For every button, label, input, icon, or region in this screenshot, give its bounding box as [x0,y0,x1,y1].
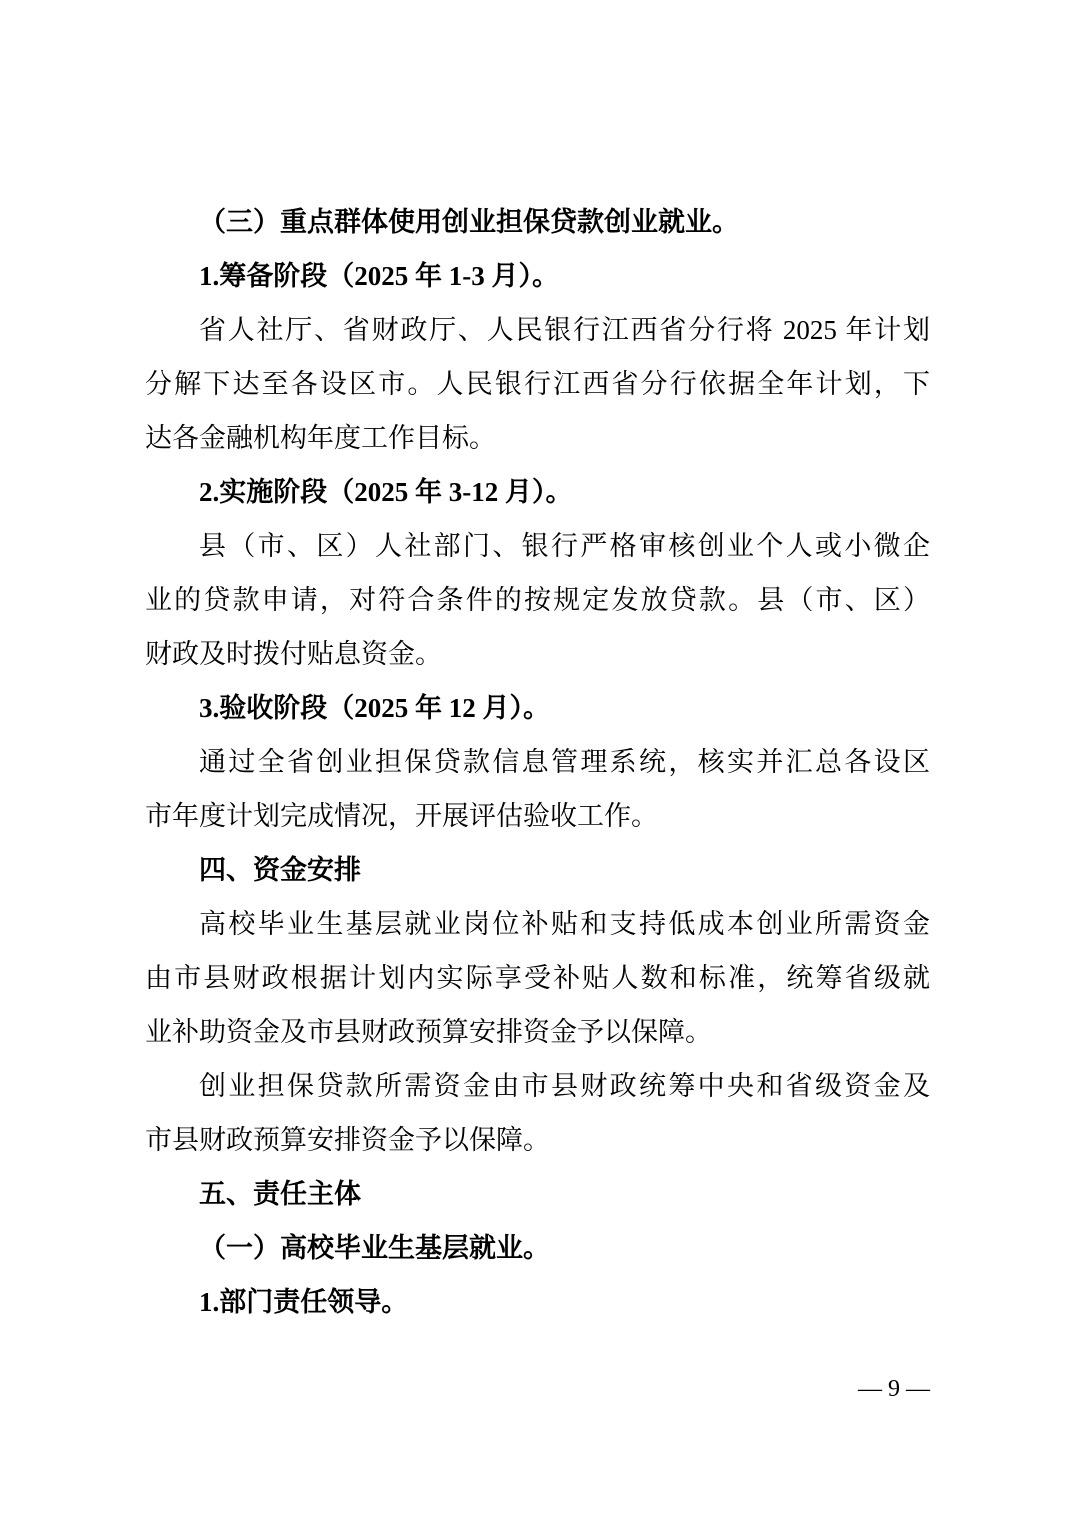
body-text-line: 高校毕业生基层就业岗位补贴和支持低成本创业所需资金 [145,897,930,951]
document-page: （三）重点群体使用创业担保贷款创业就业。1.筹备阶段（2025 年 1-3 月）… [0,0,1075,1520]
body-text-line: 县（市、区）人社部门、银行严格审核创业个人或小微企 [145,519,930,573]
body-text-line: 创业担保贷款所需资金由市县财政统筹中央和省级资金及 [145,1059,930,1113]
body-text-line: 通过全省创业担保贷款信息管理系统，核实并汇总各设区 [145,735,930,789]
heading-section-4-funding: 四、资金安排 [145,843,930,897]
heading-stage-3-acceptance: 3.验收阶段（2025 年 12 月）。 [145,681,930,735]
heading-item-3: （三）重点群体使用创业担保贷款创业就业。 [145,195,930,249]
heading-dept-leaders: 1.部门责任领导。 [145,1275,930,1329]
page-number: — 9 — [858,1374,930,1404]
body-text-line: 分解下达至各设区市。人民银行江西省分行依据全年计划，下 [145,357,930,411]
heading-section-5-responsibility: 五、责任主体 [145,1167,930,1221]
body-text-line: 市年度计划完成情况，开展评估验收工作。 [145,789,930,843]
body-text-line: 市县财政预算安排资金予以保障。 [145,1113,930,1167]
body-text-line: 省人社厅、省财政厅、人民银行江西省分行将 2025 年计划 [145,303,930,357]
heading-stage-2-implementation: 2.实施阶段（2025 年 3-12 月）。 [145,465,930,519]
heading-stage-1-preparation: 1.筹备阶段（2025 年 1-3 月）。 [145,249,930,303]
body-text-line: 业的贷款申请，对符合条件的按规定发放贷款。县（市、区） [145,573,930,627]
body-text-line: 由市县财政根据计划内实际享受补贴人数和标准，统筹省级就 [145,951,930,1005]
body-text-line: 达各金融机构年度工作目标。 [145,411,930,465]
body-text-line: 财政及时拨付贴息资金。 [145,627,930,681]
heading-item-1-graduates: （一）高校毕业生基层就业。 [145,1221,930,1275]
document-body: （三）重点群体使用创业担保贷款创业就业。1.筹备阶段（2025 年 1-3 月）… [145,195,930,1329]
body-text-line: 业补助资金及市县财政预算安排资金予以保障。 [145,1005,930,1059]
